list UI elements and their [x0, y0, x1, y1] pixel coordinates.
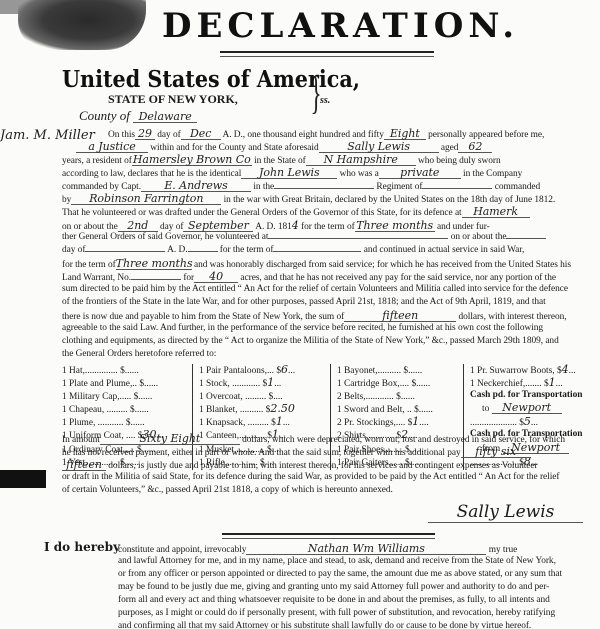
day-field: 29: [135, 128, 155, 140]
year-field: Eight: [384, 128, 426, 140]
equipment-row: 1 Hat,.............. $......: [62, 363, 164, 376]
total-field: Sixty Eight: [100, 433, 240, 445]
acres-field: 40: [194, 271, 238, 283]
sum-due-field: fifteen: [344, 310, 456, 322]
age-field: 62: [458, 141, 492, 153]
amount-line-5: of certain Volunteers,” &c., passed Apri…: [62, 485, 393, 495]
body-line-12: Land Warrant, No. for40 acres, and that …: [62, 271, 556, 283]
attorney-field: Nathan Wm Williams: [246, 543, 486, 555]
declarant-field: Sally Lewis: [319, 141, 439, 153]
poa-line-4: may be found to be justly due me, giving…: [118, 582, 549, 592]
additional-pay-field: fifty six: [461, 446, 531, 458]
divider: [222, 533, 435, 539]
body-line-4: according to law, declares that he is th…: [62, 167, 522, 179]
term2-field: Three months: [116, 258, 192, 270]
body-line-16: agreeable to the said Law. And further, …: [62, 323, 543, 333]
blank-field: [85, 251, 165, 252]
body-line-1: On this29 day ofDec A. D., one thousand …: [108, 128, 544, 140]
county-label: County of: [79, 108, 130, 123]
equipment-row: 1 Chapeau, ......... $......: [62, 402, 164, 415]
brace: }: [311, 70, 322, 116]
divider: [220, 51, 434, 57]
volunteered-at-field: [268, 238, 448, 239]
equipment-row: 1 Plume, ........... $......: [62, 415, 164, 428]
vol-year-digit: 4: [292, 219, 299, 232]
equipment-row: 1 Cartridge Box,.... $......: [337, 376, 433, 389]
body-line-3: years, a resident ofHamersley Brown Co i…: [62, 154, 501, 166]
amount-line-3: fifteen dollars, is justly due and payab…: [62, 459, 538, 471]
poa-line-5: form all and every act and thing whatsoe…: [118, 595, 550, 605]
ss-label: ss.: [320, 95, 330, 106]
redaction-mark: [0, 470, 46, 488]
equipment-row: 1 Pair Pantaloons,... $6...: [199, 363, 295, 376]
defence-at-field: Hamerk: [462, 206, 530, 218]
colonel-field: Robinson Farrington: [71, 193, 221, 205]
body-line-15: there is now due and payable to him from…: [62, 310, 567, 322]
ink-blot: [18, 0, 146, 50]
equipment-row: 1 Blanket, .......... $2.50: [199, 402, 295, 415]
county-field: Delaware: [133, 111, 197, 123]
vol-day-field: 2nd: [118, 220, 158, 232]
vol-month-field: September: [183, 220, 253, 232]
amount-line-4: or draft in the Militia of said State, f…: [62, 472, 559, 482]
blank-field: [188, 251, 218, 252]
declarant-signature: Sally Lewis: [428, 502, 583, 523]
warrant-no-field: [131, 279, 181, 280]
equipment-row: 2 Belts,............ $......: [337, 389, 433, 402]
amount-line-1: In amountSixty Eight dollars, which were…: [62, 433, 565, 445]
body-line-10: day of A. D. for the term of and continu…: [62, 245, 524, 255]
body-line-8: on or about the2nd day ofSeptember A. D.…: [62, 219, 490, 232]
soldier-field: John Lewis: [241, 167, 337, 179]
equipment-row: 1 Military Cap,..... $......: [62, 389, 164, 402]
body-line-6: byRobinson Farrington in the war with Gr…: [62, 193, 555, 205]
equipment-row: 1 Plate and Plume,.. $......: [62, 376, 164, 389]
body-line-7: That he volunteered or was drafted under…: [62, 206, 530, 218]
body-line-5: commanded by Capt.E. Andrews in the Regi…: [62, 180, 540, 192]
office-field: a Justice: [76, 141, 148, 153]
poa-line-7: and confirming all that my said Attorney…: [118, 621, 531, 629]
equipment-row: 2 Pr. Stockings,.... $1....: [337, 415, 433, 428]
county-line: County of Delaware: [79, 108, 197, 124]
captain-field: E. Andrews: [141, 180, 251, 192]
body-line-17: clothing and equipments, as directed by …: [62, 336, 559, 346]
transport-to-row: to Newport: [470, 402, 583, 415]
body-line-18: the General Orders heretofore referred t…: [62, 349, 216, 359]
regiment-field: [274, 188, 374, 189]
rank-field: private: [379, 167, 461, 179]
body-line-11: for the term ofThree months and was hono…: [62, 258, 571, 270]
residence-field: Hamersley Brown Co: [132, 154, 252, 166]
equipment-row: 1 Stock, ............ $1...: [199, 376, 295, 389]
body-line-2: a Justice within and for the County and …: [76, 141, 492, 153]
poa-line-2: and lawful Attorney for me, and in my na…: [118, 556, 556, 566]
equipment-row: 1 Bayonet,.......... $......: [337, 363, 433, 376]
document-title: DECLARATION.: [162, 6, 519, 46]
equipment-row: 1 Sword and Belt, .. $......: [337, 402, 433, 415]
equipment-row: 1 Knapsack, ......... $1...: [199, 415, 295, 428]
poa-line-1: constitute and appoint, irrevocablyNatha…: [118, 543, 517, 555]
res-state-field: N Hampshire: [306, 154, 416, 166]
term1-field: Three months: [355, 220, 435, 232]
regiment-of-field: [422, 188, 492, 189]
equipment-row: 1 Neckerchief,....... $1...: [470, 376, 583, 389]
transport-to-amount: .................... $5...: [470, 415, 583, 428]
state-heading: STATE OF NEW YORK,: [108, 92, 238, 107]
month-field: Dec: [181, 128, 221, 140]
amount-line-2: he has not received payment, either in p…: [62, 446, 531, 458]
equipment-row: 1 Overcoat, ......... $....: [199, 389, 295, 402]
poa-line-6: purposes, as I might or could do if pers…: [118, 608, 555, 618]
poa-lead: I do hereby: [44, 540, 120, 554]
blank-field: [273, 251, 361, 252]
body-line-13: sum directed to be paid him by the Act e…: [62, 284, 568, 294]
body-line-9: ther General Orders of said Governor, he…: [62, 232, 546, 242]
equipment-row: 1 Pr. Suwarrow Boots, $4...: [470, 363, 583, 376]
poa-line-3: or from any officer or person appointed …: [118, 569, 562, 579]
additional-pay-cont-field: fifteen: [62, 459, 106, 471]
blank-field: [506, 238, 546, 239]
body-line-14: of the frontiers of the State in the lat…: [62, 297, 546, 307]
